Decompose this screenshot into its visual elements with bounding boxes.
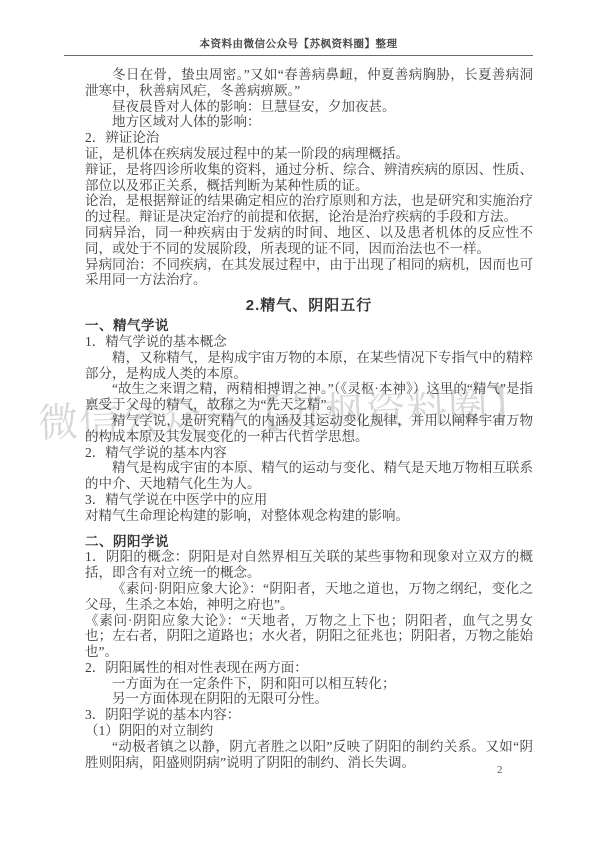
paragraph: 论治，是根据辩证的结果确定相应的治疗原则和方法，也是研究和实施治疗的过程。辩证是…	[85, 193, 533, 225]
paragraph: 辩证，是将四诊所收集的资料，通过分析、综合、辨清疾病的原因、性质、部位以及邪正关…	[85, 162, 533, 194]
page-header: 本资料由微信公众号【苏枫资料圈】整理	[64, 38, 533, 56]
section-heading: 2.精气、阴阳五行	[85, 297, 533, 315]
document-page: 本资料由微信公众号【苏枫资料圈】整理 微信公众号【苏枫资料圈】 冬日在骨，蛰虫周…	[0, 0, 595, 841]
paragraph: 昼夜晨昏对人体的影响：旦慧昼安，夕加夜甚。	[85, 99, 533, 115]
paragraph: 精气学说，是研究精气的内涵及其运动变化规律，并用以阐释宇宙万物的构成本原及其发展…	[85, 413, 533, 445]
paragraph: 证，是机体在疾病发展过程中的某一阶段的病理概括。	[85, 146, 533, 162]
paragraph: 2．阴阳属性的相对性表现在两方面：	[85, 660, 533, 676]
paragraph: 《素问·阴阳应象大论》：“天地者，万物之上下也；阴阳者，血气之男女也；左右者，阴…	[85, 613, 533, 660]
paragraph: 1．阴阳的概念：阴阳是对自然界相互关联的某些事物和现象对立双方的概括，即含有对立…	[85, 549, 533, 581]
paragraph: 3．阴阳学说的基本内容：	[85, 707, 533, 723]
paragraph: 精，又称精气，是构成宇宙万物的本原，在某些情况下专指气中的精粹部分，是构成人类的…	[85, 350, 533, 382]
paragraph: 3．精气学说在中医学中的应用	[85, 492, 533, 508]
paragraph: 冬日在骨，蛰虫周密。”又如“春善病鼻衄，仲夏善病胸胁，长夏善病洞泄寒中，秋善病风…	[85, 67, 533, 99]
paragraph: （1）阴阳的对立制约	[85, 723, 533, 739]
section-heading: 一、精气学说	[85, 318, 533, 334]
paragraph: 异病同治：不同疾病，在其发展过程中，由于出现了相同的病机，因而也可采用同一方法治…	[85, 257, 533, 289]
paragraph: 1．精气学说的基本概念	[85, 334, 533, 350]
paragraph: “动极者镇之以静，阴亢者胜之以阳”反映了阴阳的制约关系。又如“阴胜则阳病，阳盛则…	[85, 739, 533, 771]
paragraph: 2．精气学说的基本内容	[85, 445, 533, 461]
paragraph: 精气是构成宇宙的本原、精气的运动与变化、精气是天地万物相互联系的中介、天地精气化…	[85, 460, 533, 492]
paragraph: “故生之来谓之精，两精相搏谓之神。”（《灵枢·本神》）这里的“精气”是指禀受于父…	[85, 381, 533, 413]
paragraph: 2．辨证论治	[85, 130, 533, 146]
paragraph: 地方区域对人体的影响：	[85, 114, 533, 130]
paragraph: 另一方面体现在阴阳的无限可分性。	[85, 691, 533, 707]
paragraph: 对精气生命理论构建的影响，对整体观念构建的影响。	[85, 508, 533, 524]
paragraph: 同病异治，同一种疾病由于发病的时间、地区、以及患者机体的反应性不同，或处于不同的…	[85, 225, 533, 257]
document-body: 冬日在骨，蛰虫周密。”又如“春善病鼻衄，仲夏善病胸胁，长夏善病洞泄寒中，秋善病风…	[85, 67, 533, 770]
paragraph: 《素问·阴阳应象大论》：“阴阳者，天地之道也，万物之纲纪，变化之父母，生杀之本始…	[85, 581, 533, 613]
paragraph: 一方面为在一定条件下，阴和阳可以相互转化；	[85, 676, 533, 692]
page-number: 2	[497, 764, 503, 776]
section-heading: 二、阴阳学说	[85, 534, 533, 550]
